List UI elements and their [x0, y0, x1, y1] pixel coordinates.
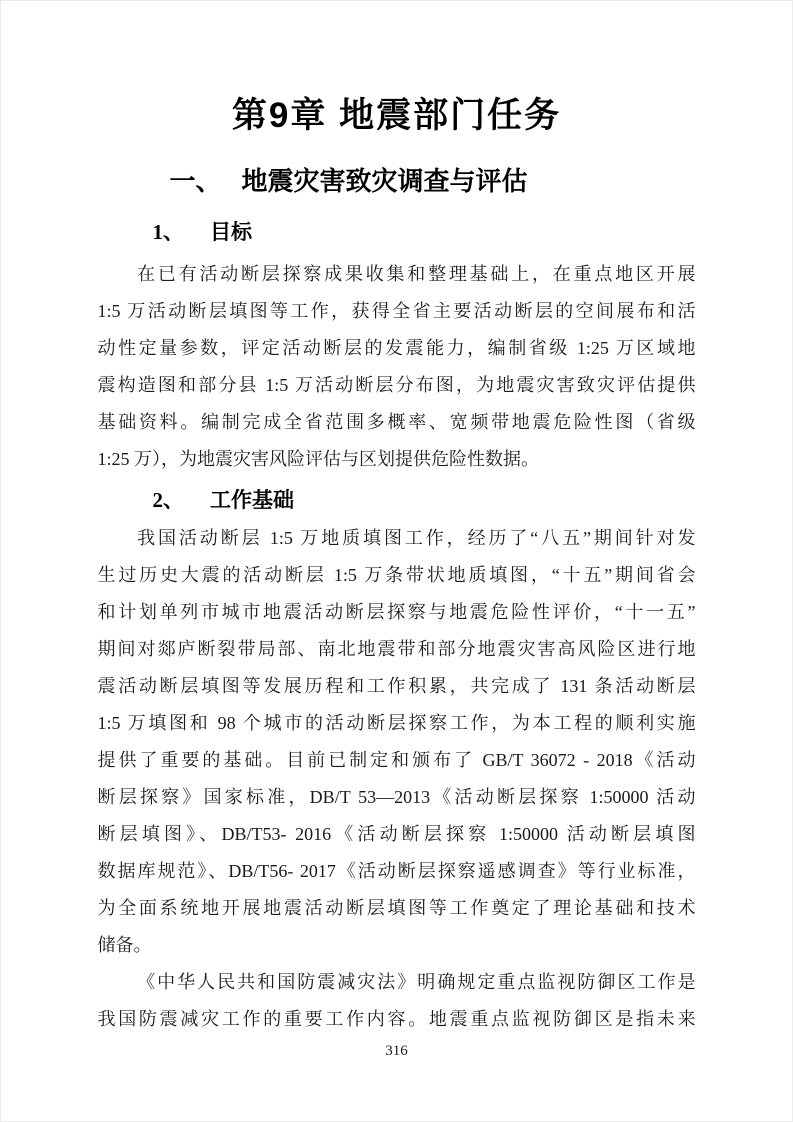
paragraph-goals: 在已有活动断层探察成果收集和整理基础上，在重点地区开展 1:5 万活动断层填图等…: [98, 256, 696, 478]
body-line: 震构造图和部分县 1:5 万活动断层分布图，为地震灾害致灾评估提供: [98, 367, 696, 404]
section-title: 地震灾害致灾调查与评估: [242, 166, 528, 196]
subsection-2-heading: 2、工作基础: [98, 480, 696, 520]
subsection-2-title: 工作基础: [210, 488, 294, 512]
body-line: 储备。: [98, 927, 696, 964]
body-line: 为全面系统地开展地震活动断层填图等工作奠定了理论基础和技术: [98, 890, 696, 927]
body-line: 在已有活动断层探察成果收集和整理基础上，在重点地区开展: [98, 256, 696, 293]
body-line: 断层填图》、DB/T53- 2016《活动断层探察 1:50000 活动断层填图: [98, 816, 696, 853]
paragraph-law: 《中华人民共和国防震减灾法》明确规定重点监视防御区工作是 我国防震减灾工作的重要…: [98, 964, 696, 1038]
body-line: 和计划单列市城市地震活动断层探察与地震危险性评价，“十一五”: [98, 594, 696, 631]
subsection-1-heading: 1、目标: [98, 214, 696, 250]
subsection-1-title: 目标: [210, 220, 252, 244]
body-line: 生过历史大震的活动断层 1:5 万条带状地质填图，“十五”期间省会: [98, 557, 696, 594]
body-line: 期间对郯庐断裂带局部、南北地震带和部分地震灾害高风险区进行地: [98, 631, 696, 668]
body-line: 断层探察》国家标准，DB/T 53—2013《活动断层探察 1:50000 活动: [98, 779, 696, 816]
section-heading: 一、地震灾害致灾调查与评估: [98, 161, 696, 201]
body-line: 我国防震减灾工作的重要工作内容。地震重点监视防御区是指未来: [98, 1001, 696, 1038]
paragraph-work-basis: 我国活动断层 1:5 万地质填图工作，经历了“八五”期间针对发 生过历史大震的活…: [98, 520, 696, 964]
body-line: 1:25 万），为地震灾害风险评估与区划提供危险性数据。: [98, 441, 696, 478]
body-line: 1:5 万活动断层填图等工作，获得全省主要活动断层的空间展布和活: [98, 293, 696, 330]
body-line: 我国活动断层 1:5 万地质填图工作，经历了“八五”期间针对发: [98, 520, 696, 557]
body-line: 动性定量参数，评定活动断层的发震能力，编制省级 1:25 万区域地: [98, 330, 696, 367]
subsection-2-number: 2、: [153, 488, 185, 512]
body-line: 提供了重要的基础。目前已制定和颁布了 GB/T 36072 - 2018《活动: [98, 742, 696, 779]
body-line: 震活动断层填图等发展历程和工作积累，共完成了 131 条活动断层: [98, 668, 696, 705]
subsection-1-number: 1、: [153, 220, 185, 244]
body-line: 基础资料。编制完成全省范围多概率、宽频带地震危险性图（省级: [98, 404, 696, 441]
body-line: 1:5 万填图和 98 个城市的活动断层探察工作，为本工程的顺利实施: [98, 705, 696, 742]
section-number: 一、: [170, 166, 222, 196]
page-content: 第9章 地震部门任务 一、地震灾害致灾调查与评估 1、目标 在已有活动断层探察成…: [98, 1, 696, 1062]
page-number: 316: [98, 1040, 696, 1062]
body-line: 数据库规范》、DB/T56- 2017《活动断层探察遥感调查》等行业标准，: [98, 853, 696, 890]
document-page: 第9章 地震部门任务 一、地震灾害致灾调查与评估 1、目标 在已有活动断层探察成…: [0, 0, 793, 1122]
body-line: 《中华人民共和国防震减灾法》明确规定重点监视防御区工作是: [98, 964, 696, 1001]
chapter-title: 第9章 地震部门任务: [98, 1, 696, 141]
